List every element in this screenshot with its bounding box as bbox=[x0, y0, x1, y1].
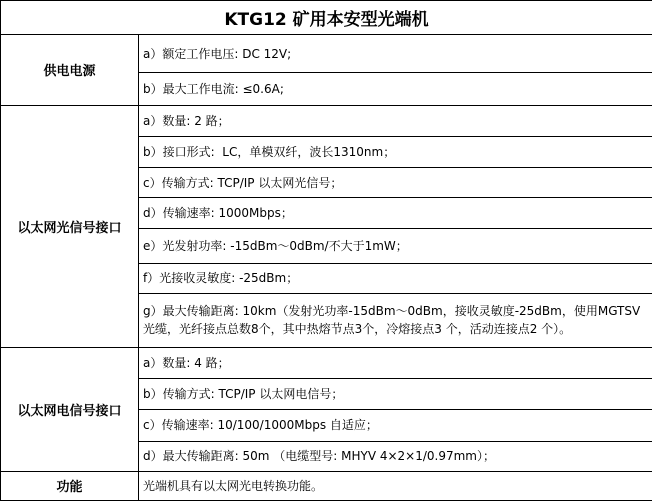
spec-item-power-voltage: a）额定工作电压: DC 12V; bbox=[139, 35, 652, 73]
spec-item-power-current: b）最大工作电流: ≤0.6A; bbox=[139, 73, 652, 105]
section-label-ethernet-electrical: 以太网电信号接口 bbox=[1, 347, 139, 471]
spec-item-optical-max-distance: g）最大传输距离: 10km（发射光功率-15dBm～0dBm，接收灵敏度-25… bbox=[139, 293, 652, 347]
table-title: KTG12 矿用本安型光端机 bbox=[1, 1, 652, 35]
section-label-power-supply: 供电电源 bbox=[1, 35, 139, 105]
spec-item-optical-transmission-mode: c）传输方式: TCP/IP 以太网光信号； bbox=[139, 167, 652, 197]
document-page: KTG12 矿用本安型光端机 供电电源 a）额定工作电压: DC 12V; b）… bbox=[0, 0, 652, 501]
section-label-function: 功能 bbox=[1, 471, 139, 500]
spec-item-optical-interface: b）接口形式: LC，单模双纤，波长1310nm； bbox=[139, 136, 652, 167]
spec-item-electrical-transmission-mode: b）传输方式: TCP/IP 以太网电信号； bbox=[139, 379, 652, 410]
spec-item-optical-count: a）数量: 2 路； bbox=[139, 105, 652, 136]
section-label-ethernet-optical: 以太网光信号接口 bbox=[1, 105, 139, 347]
spec-table: KTG12 矿用本安型光端机 供电电源 a）额定工作电压: DC 12V; b）… bbox=[0, 0, 652, 501]
spec-item-electrical-max-distance: d）最大传输距离: 50m （电缆型号: MHYV 4×2×1/0.97mm）； bbox=[139, 441, 652, 471]
spec-item-electrical-rate: c）传输速率: 10/100/1000Mbps 自适应； bbox=[139, 410, 652, 441]
spec-item-function-description: 光端机具有以太网光电转换功能。 bbox=[139, 471, 652, 500]
spec-item-optical-tx-power: e）光发射功率: -15dBm～0dBm/不大于1mW； bbox=[139, 229, 652, 263]
spec-item-electrical-count: a）数量: 4 路； bbox=[139, 347, 652, 378]
spec-item-optical-rx-sensitivity: f）光接收灵敏度: -25dBm； bbox=[139, 263, 652, 293]
spec-item-optical-rate: d）传输速率: 1000Mbps； bbox=[139, 198, 652, 229]
